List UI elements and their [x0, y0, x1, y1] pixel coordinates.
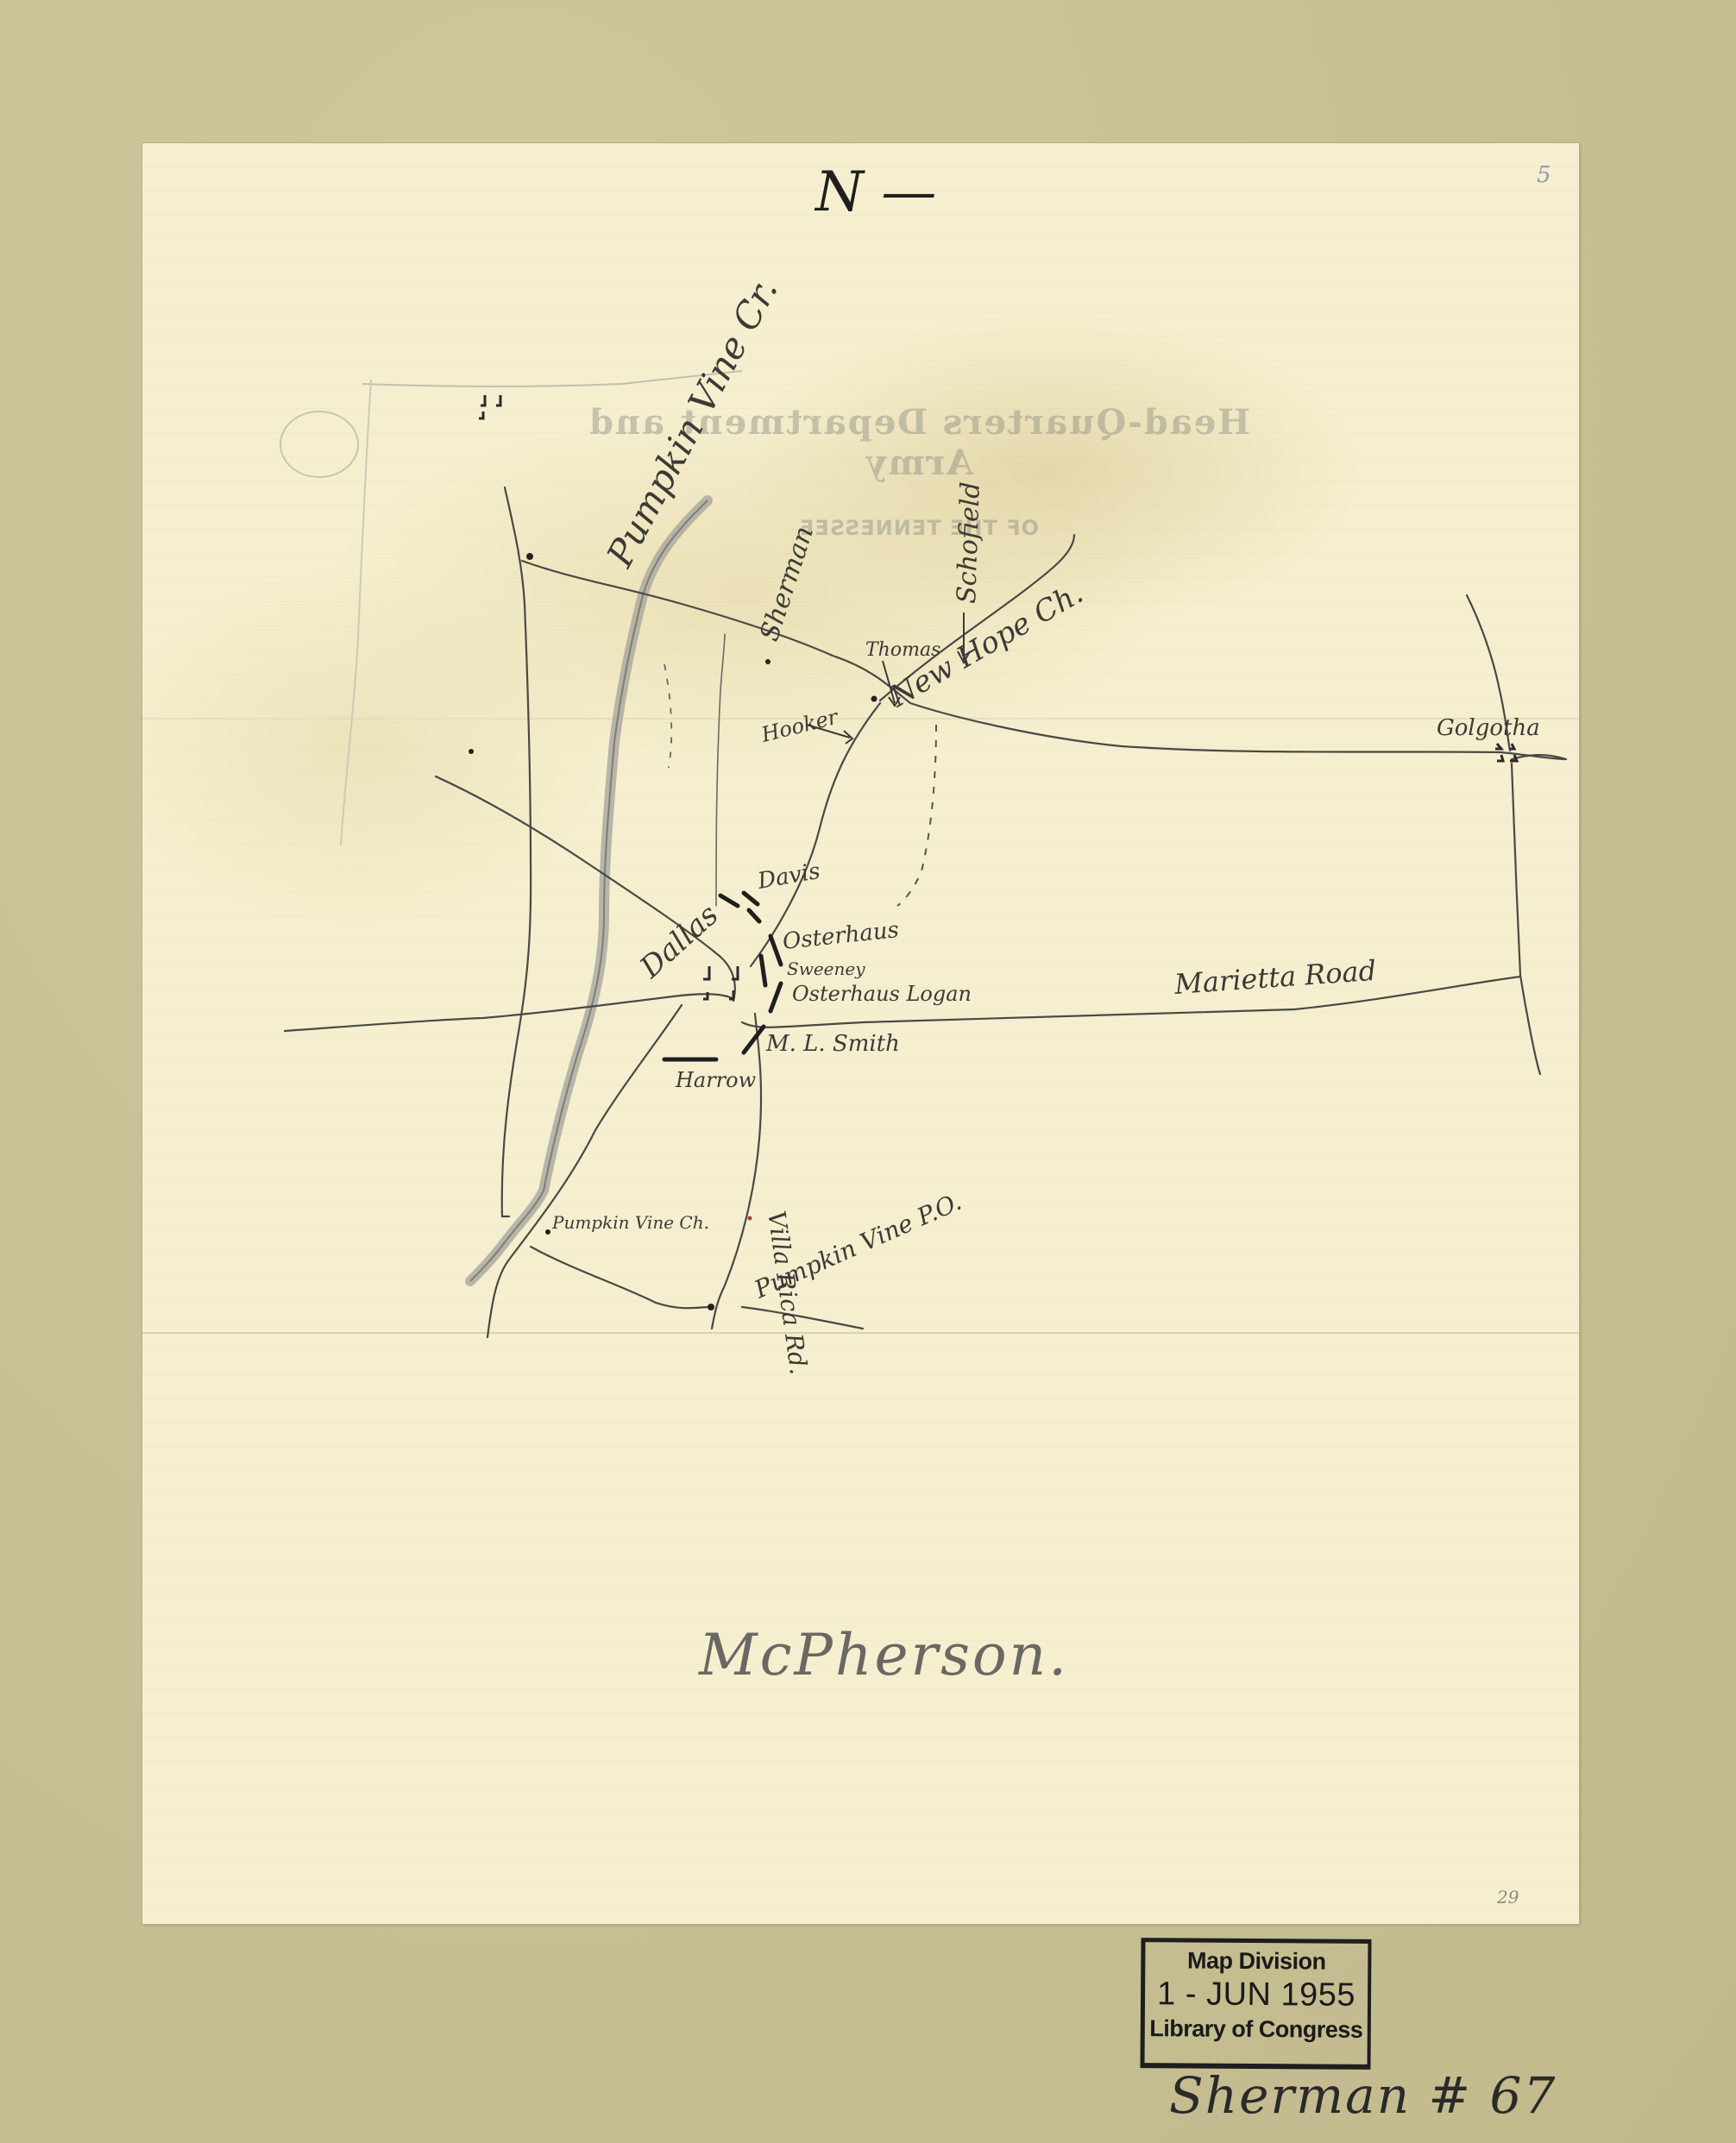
stamp-line1: Map Division [1145, 1949, 1368, 1974]
library-stamp: Map Division 1 - JUN 1955 Library of Con… [1140, 1938, 1371, 2070]
road-golgotha [1467, 595, 1540, 1074]
catalog-note: Sherman # 67 [1169, 2066, 1557, 2125]
road-north-dallas [716, 634, 725, 906]
label-m-l-smith: M. L. Smith [765, 1031, 900, 1057]
road-new-hope [522, 561, 1566, 759]
label-osterhaus: Osterhaus [782, 917, 901, 955]
label-sherman: Sherman [754, 523, 820, 645]
label-pumpkin-vine-church: Pumpkin Vine Ch. [551, 1212, 709, 1233]
red-mark [748, 1216, 752, 1221]
label-pumpkin-vine-creek: Pumpkin Vine Cr. [598, 272, 786, 575]
label-hooker: Hooker [758, 704, 842, 747]
new-hope-church-mark [871, 696, 877, 702]
label-schofield: Schofield [952, 481, 986, 604]
label-harrow: Harrow [675, 1068, 757, 1092]
page-number: 29 [1497, 1887, 1519, 1907]
dashed-route [897, 725, 936, 906]
stamp-line3: Library of Congress [1145, 2017, 1368, 2042]
junction-dot [526, 553, 533, 560]
faint-road [362, 371, 742, 386]
road-west [502, 487, 531, 1216]
junction-dot [765, 659, 771, 664]
dashed-route [664, 664, 671, 768]
north-indicator: N — [815, 160, 936, 224]
label-marietta-road: Marietta Road [1173, 954, 1377, 1001]
pumpkin-vine-creek-edge [470, 500, 708, 1281]
pumpkin-vine-creek [470, 500, 708, 1281]
label-sweeney: Sweeney [787, 958, 865, 979]
corner-number: 5 [1537, 162, 1551, 188]
stamp-line2: 1 - JUN 1955 [1145, 1977, 1368, 2012]
topleft-marks [479, 395, 500, 418]
road-northwest [436, 776, 735, 1001]
road-dallas-west [285, 994, 733, 1031]
faint-road [341, 380, 371, 845]
label-golgotha: Golgotha [1437, 715, 1540, 741]
road-southwest [487, 1005, 682, 1337]
label-osterhaus-logan: Osterhaus Logan [792, 982, 972, 1006]
label-dallas: Dallas [633, 897, 726, 985]
pumpkin-vine-church-mark [545, 1229, 550, 1235]
pumpkin-vine-po-mark [708, 1304, 714, 1310]
label-davis: Davis [755, 858, 822, 895]
faint-flourish [280, 412, 358, 477]
map-sheet: Head-Quarters Department and Army OF THE… [142, 143, 1579, 1924]
junction-dot [469, 749, 474, 754]
signature: McPherson. [699, 1622, 1069, 1688]
